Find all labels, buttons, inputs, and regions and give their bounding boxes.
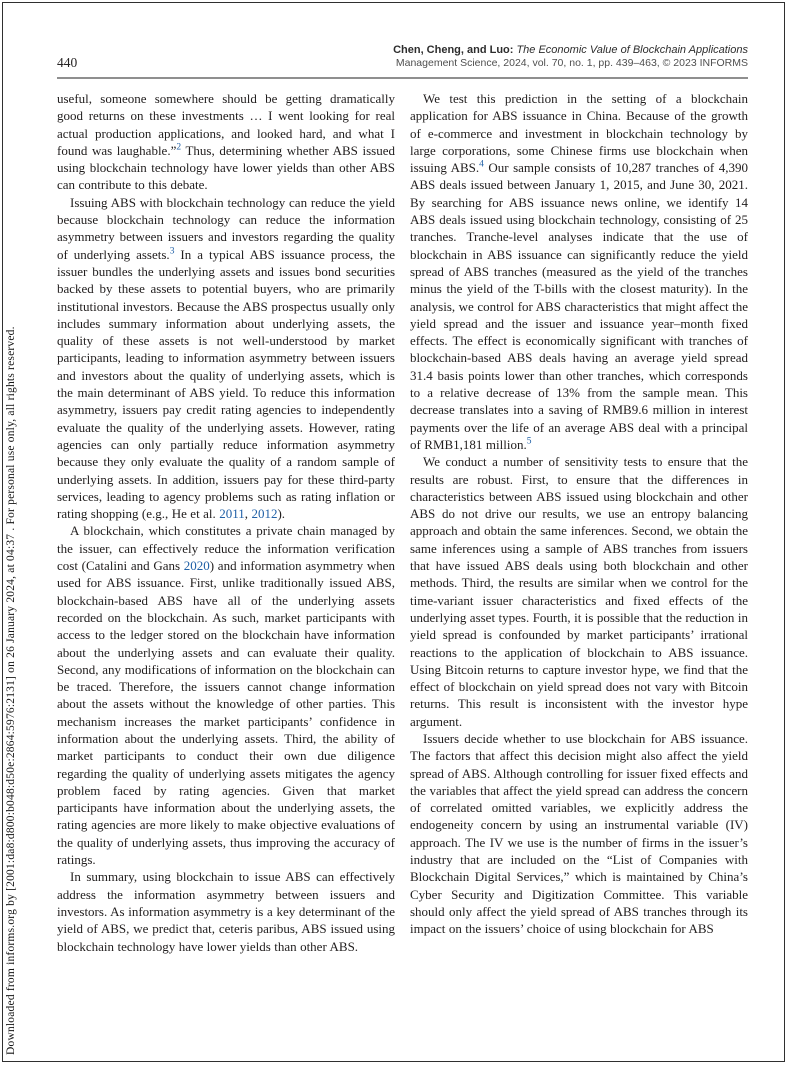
body-columns: useful, someone somewhere should be gett… [57, 90, 748, 955]
left-column: useful, someone somewhere should be gett… [57, 90, 395, 955]
paragraph: We conduct a number of sensitivity tests… [410, 453, 748, 730]
footnote-ref[interactable]: 2 [176, 143, 181, 153]
footnote-ref[interactable]: 3 [170, 246, 175, 256]
footnote-ref[interactable]: 4 [479, 160, 484, 170]
paragraph: We test this prediction in the setting o… [410, 90, 748, 453]
header-authors: Chen, Cheng, and Luo: [393, 44, 513, 56]
page-number: 440 [57, 55, 77, 71]
header-line-1: Chen, Cheng, and Luo:The Economic Value … [393, 43, 748, 57]
paragraph: Issuing ABS with blockchain technology c… [57, 194, 395, 523]
citation-link[interactable]: 2011 [219, 506, 245, 521]
running-header: Chen, Cheng, and Luo:The Economic Value … [393, 43, 748, 70]
citation-link[interactable]: 2012 [251, 506, 277, 521]
download-watermark: Downloaded from informs.org by [2001:da8… [5, 93, 23, 1055]
paragraph: useful, someone somewhere should be gett… [57, 90, 395, 194]
paragraph: Issuers decide whether to use blockchain… [410, 730, 748, 938]
paragraph: A blockchain, which constitutes a privat… [57, 522, 395, 868]
paragraph: In summary, using blockchain to issue AB… [57, 868, 395, 954]
header-title: The Economic Value of Blockchain Applica… [516, 44, 748, 56]
footnote-ref[interactable]: 5 [527, 437, 532, 447]
header-citation: Management Science, 2024, vol. 70, no. 1… [393, 57, 748, 70]
citation-link[interactable]: 2020 [184, 558, 210, 573]
header-rule [57, 77, 748, 79]
right-column: We test this prediction in the setting o… [410, 90, 748, 955]
